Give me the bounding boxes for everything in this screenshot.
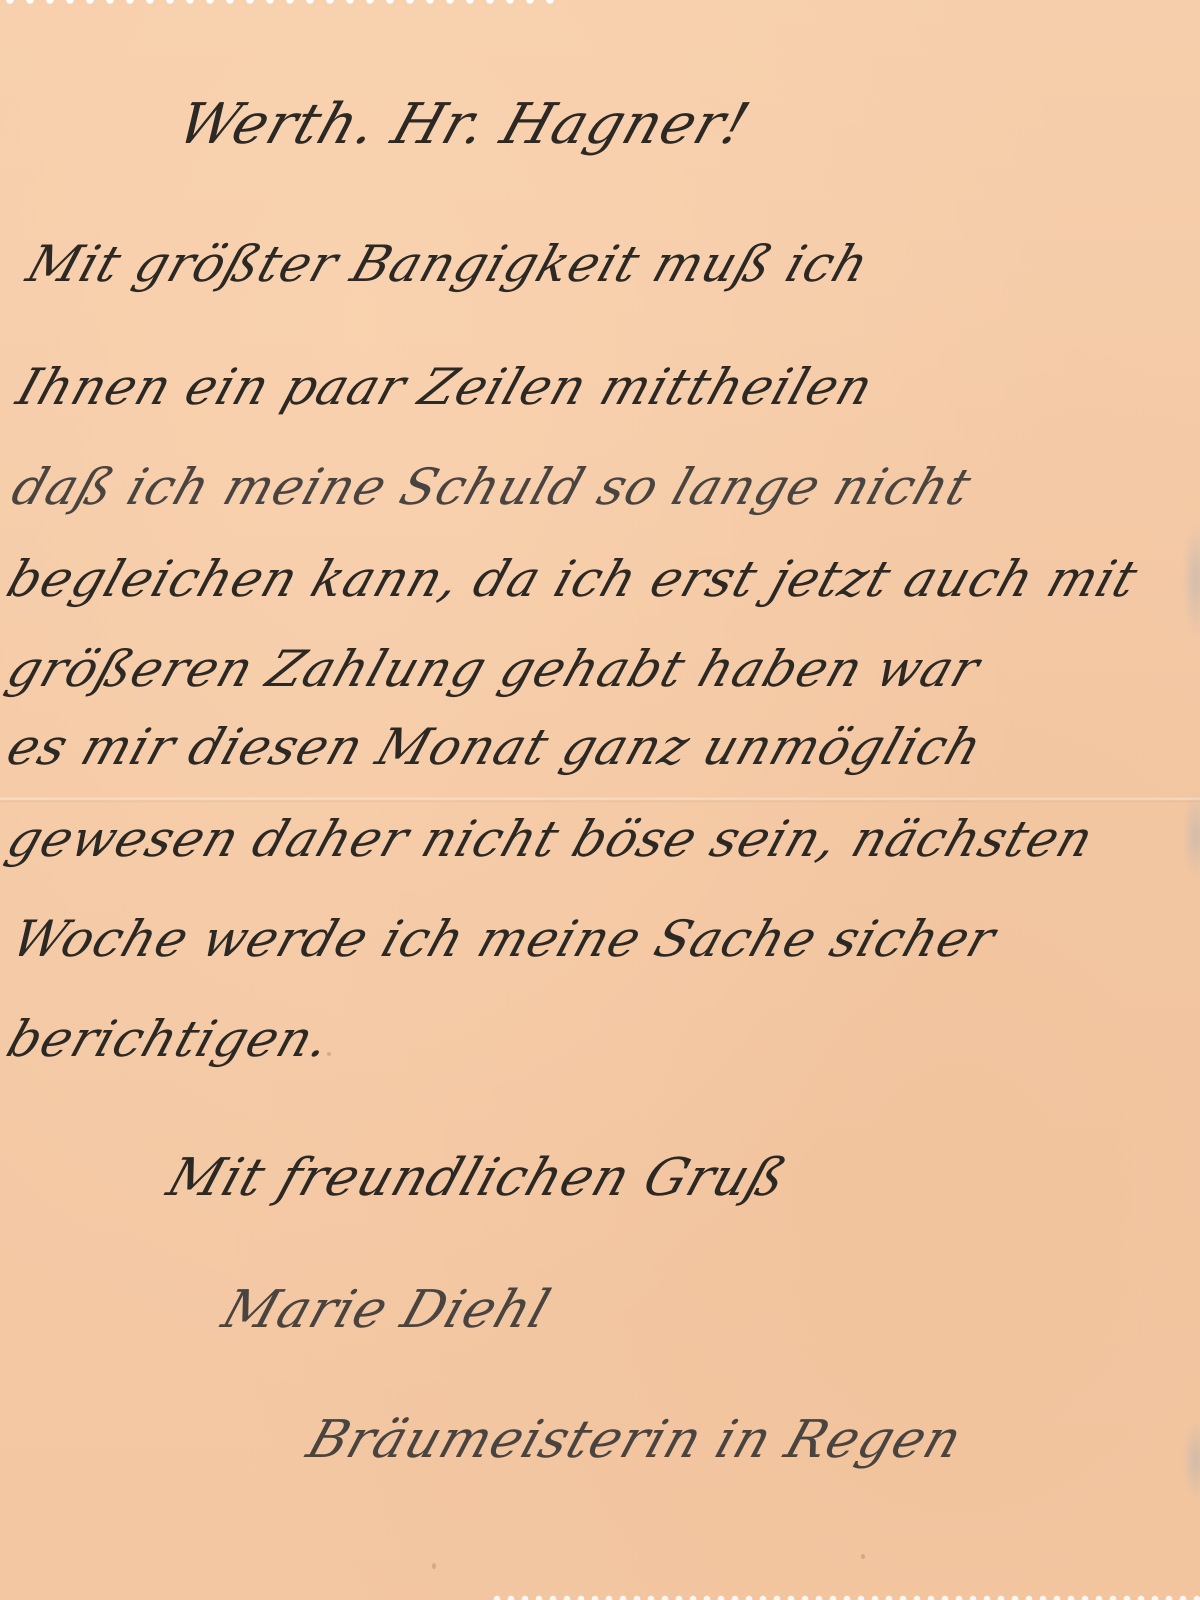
paper-spot [327, 1052, 331, 1056]
body-line: gewesen daher nicht böse sein, nächsten [0, 810, 1101, 868]
signature-title: Bräumeisterin in Regen [300, 1410, 970, 1470]
body-line: begleichen kann, da ich erst jetzt auch … [0, 550, 1145, 608]
closing: Mit freundlichen Gruß [160, 1148, 794, 1208]
body-line: Woche werde ich meine Sache sicher [5, 910, 1003, 968]
paper-spot [861, 1554, 865, 1559]
water-stain [1182, 520, 1200, 640]
body-line: es mir diesen Monat ganz unmöglich [0, 718, 990, 776]
perforated-top-edge [0, 0, 560, 5]
paper-spot [432, 1563, 436, 1569]
signature: Marie Diehl [215, 1280, 558, 1340]
body-line: größeren Zahlung gehabt haben war [0, 640, 987, 698]
body-line: daß ich meine Schuld so lange nicht [5, 458, 979, 516]
water-stain [1182, 1420, 1200, 1500]
salutation: Werth. Hr. Hagner! [170, 92, 758, 157]
water-stain [1182, 790, 1200, 880]
letter-page: Werth. Hr. Hagner! Mit größter Bangigkei… [0, 0, 1200, 1600]
paper-fold-crease [0, 797, 1200, 803]
body-line: berichtigen. [0, 1010, 338, 1068]
body-line: Mit größter Bangigkeit muß ich [20, 235, 877, 293]
body-line: Ihnen ein paar Zeilen mittheilen [10, 358, 881, 416]
perforated-bottom-edge [490, 1594, 1200, 1600]
